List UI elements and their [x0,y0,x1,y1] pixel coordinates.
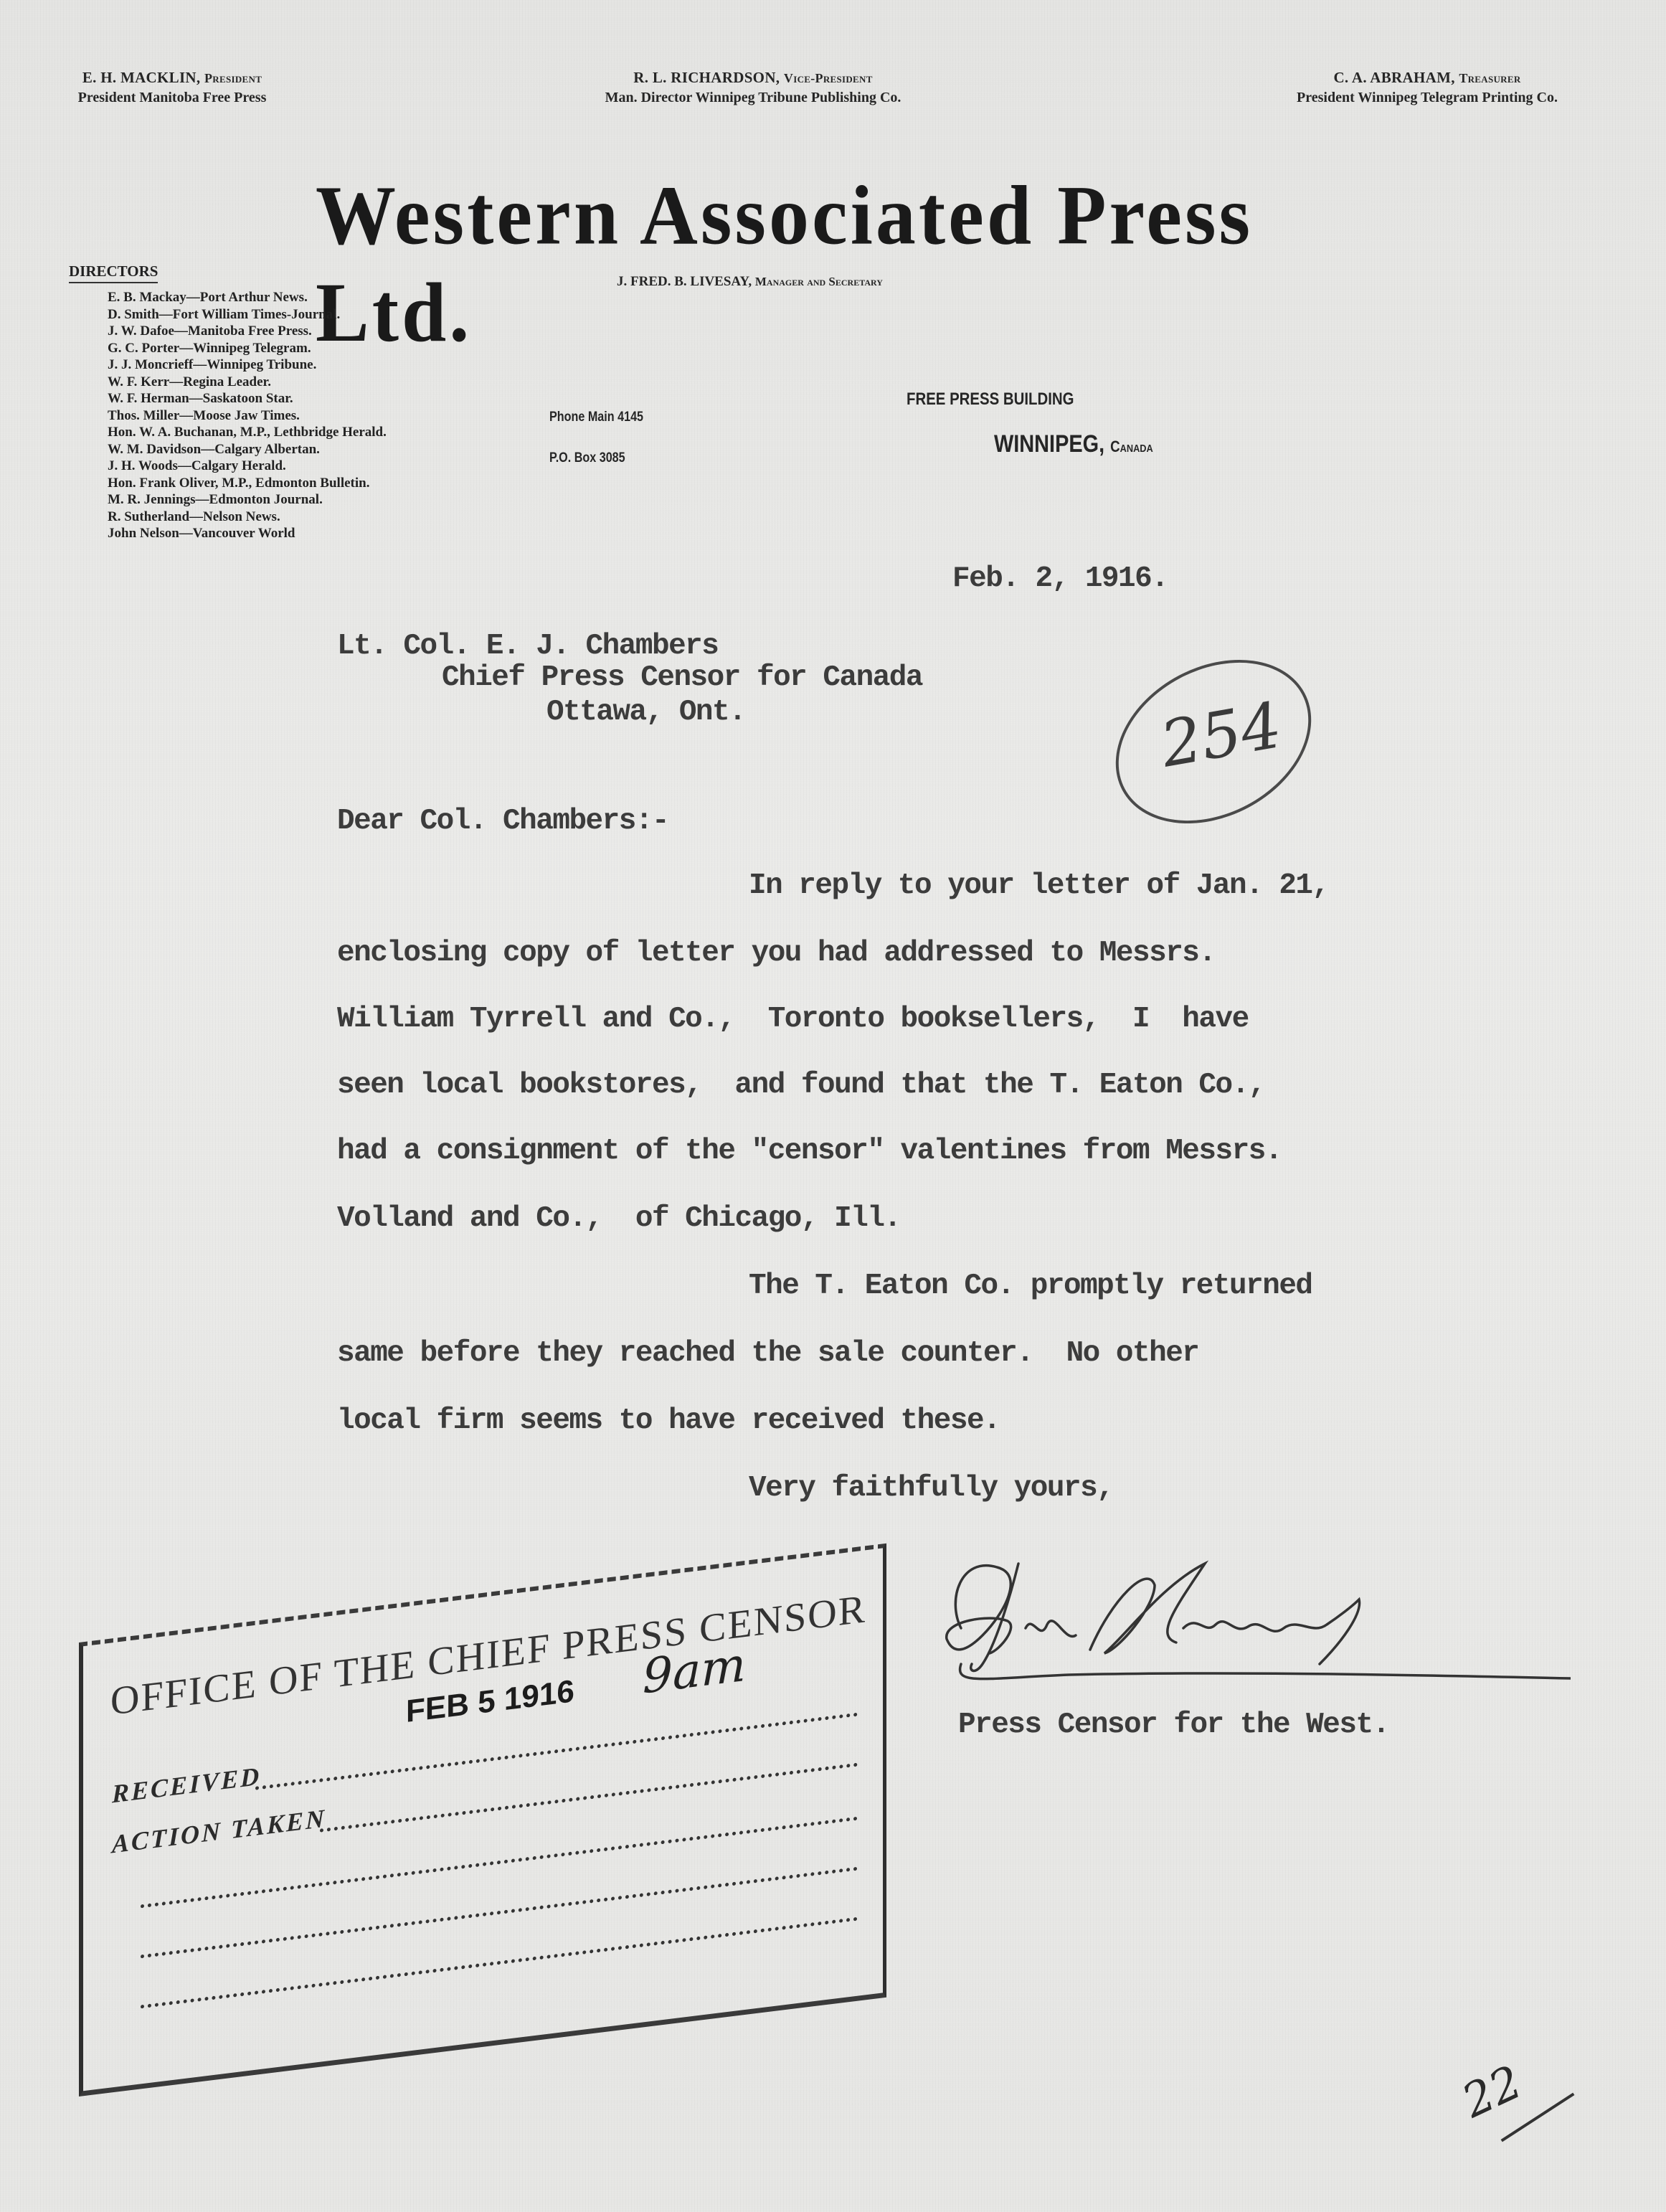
officer-title: Vice-President [784,71,873,85]
body-line: had a consignment of the "censor" valent… [337,1135,1282,1168]
officer-title: President [204,71,262,85]
officer-affiliation: Man. Director Winnipeg Tribune Publishin… [552,90,954,106]
director-item: Hon. W. A. Buchanan, M.P., Lethbridge He… [108,424,387,441]
officer-vice-president: R. L. RICHARDSON, Vice-President Man. Di… [552,69,954,106]
director-item: W. M. Davidson—Calgary Albertan. [108,441,387,458]
officer-name: R. L. RICHARDSON, [633,69,780,86]
director-item: M. R. Jennings—Edmonton Journal. [108,491,387,509]
director-item: G. C. Porter—Winnipeg Telegram. [108,340,387,357]
director-item: W. F. Kerr—Regina Leader. [108,374,387,391]
body-line: local firm seems to have received these. [337,1404,1000,1437]
received-dotted-line [255,1713,858,1790]
file-number: 254 [1155,688,1287,782]
company-masthead: Western Associated Press Ltd. [316,168,1391,362]
body-line: Volland and Co., of Chicago, Ill. [337,1202,901,1235]
director-item: Hon. Frank Oliver, M.P., Edmonton Bullet… [108,475,387,492]
city-address: WINNIPEG, Canada [994,430,1153,458]
stamp-action-label: ACTION TAKEN [112,1803,326,1860]
officer-name: E. H. MACKLIN, [82,69,201,86]
city-name: WINNIPEG, [994,430,1104,458]
director-item: Thos. Miller—Moose Jaw Times. [108,407,387,425]
body-line: William Tyrrell and Co., Toronto booksel… [337,1003,1249,1036]
officer-president: E. H. MACKLIN, President President Manit… [43,69,301,106]
po-box: P.O. Box 3085 [549,450,625,466]
body-line: seen local bookstores, and found that th… [337,1069,1265,1102]
director-item: D. Smith—Fort William Times-Journal. [108,306,387,323]
handwritten-signature [940,1542,1571,1686]
body-line: In reply to your letter of Jan. 21, [749,869,1329,902]
director-item: R. Sutherland—Nelson News. [108,509,387,526]
dotted-line [141,1917,858,2009]
body-line: enclosing copy of letter you had address… [337,937,1216,970]
recipient-title: Chief Press Censor for Canada [442,661,922,694]
stamp-received-label: RECEIVED [112,1761,261,1810]
officer-title: Treasurer [1459,71,1520,85]
stamp-received-time: 9am [643,1637,746,1705]
recipient-name: Lt. Col. E. J. Chambers [337,630,718,663]
phone-number: Phone Main 4145 [549,410,643,425]
officer-affiliation: President Winnipeg Telegram Printing Co. [1248,90,1606,106]
signature-title: Press Censor for the West. [958,1708,1389,1741]
letter-date: Feb. 2, 1916. [952,562,1168,595]
director-item: E. B. Mackay—Port Arthur News. [108,289,387,306]
director-item: W. F. Herman—Saskatoon Star. [108,390,387,407]
directors-heading: DIRECTORS [69,263,158,283]
recipient-city: Ottawa, Ont. [546,696,745,729]
body-line: The T. Eaton Co. promptly returned [749,1270,1312,1303]
country-name: Canada [1110,438,1153,455]
director-item: J. J. Moncrieff—Winnipeg Tribune. [108,356,387,374]
manager-line: J. FRED. B. LIVESAY, Manager and Secreta… [617,274,883,290]
action-dotted-line [320,1763,858,1833]
director-item: J. H. Woods—Calgary Herald. [108,458,387,475]
director-item: John Nelson—Vancouver World [108,525,387,542]
dotted-line [141,1867,858,1959]
officer-name: C. A. ABRAHAM, [1333,69,1454,86]
building-address: FREE PRESS BUILDING [907,389,1074,410]
salutation: Dear Col. Chambers:- [337,805,668,838]
director-item: J. W. Dafoe—Manitoba Free Press. [108,323,387,340]
manager-title: Manager and Secretary [755,275,883,288]
manager-name: J. FRED. B. LIVESAY, [617,274,752,289]
officer-affiliation: President Manitoba Free Press [43,90,301,106]
body-line: same before they reached the sale counte… [337,1337,1198,1370]
officer-treasurer: C. A. ABRAHAM, Treasurer President Winni… [1248,69,1606,106]
directors-list: DIRECTORS E. B. Mackay—Port Arthur News.… [69,263,387,542]
closing: Very faithfully yours, [749,1472,1113,1505]
